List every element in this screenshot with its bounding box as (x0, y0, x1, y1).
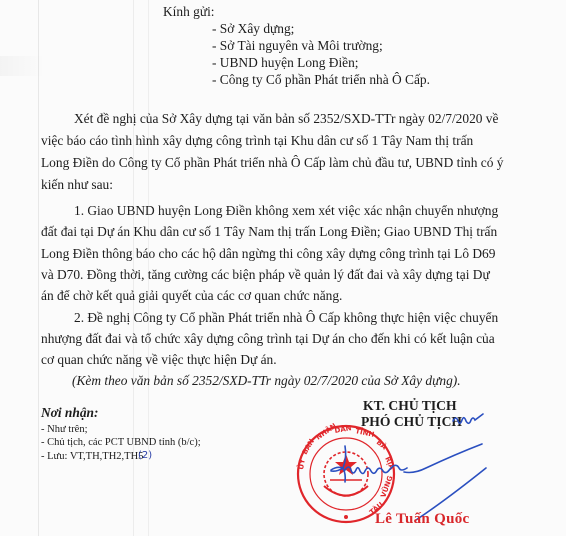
svg-text:TỈNH: TỈNH (355, 425, 376, 439)
official-seal-icon: NHÂN DÂN TỈNH BÀ RỊA ỦY BAN VŨNG TÀU (295, 421, 396, 522)
handwritten-signature (331, 414, 486, 520)
signer-name: Lê Tuấn Quốc (375, 511, 469, 528)
svg-text:BAN: BAN (301, 437, 316, 456)
stamp-and-signature: NHÂN DÂN TỈNH BÀ RỊA ỦY BAN VŨNG TÀU (0, 0, 566, 536)
svg-text:DÂN: DÂN (334, 423, 353, 435)
document-page: Kính gửi: - Sở Xây dựng; - Sở Tài nguyên… (0, 0, 566, 536)
svg-text:ỦY: ỦY (295, 457, 307, 470)
